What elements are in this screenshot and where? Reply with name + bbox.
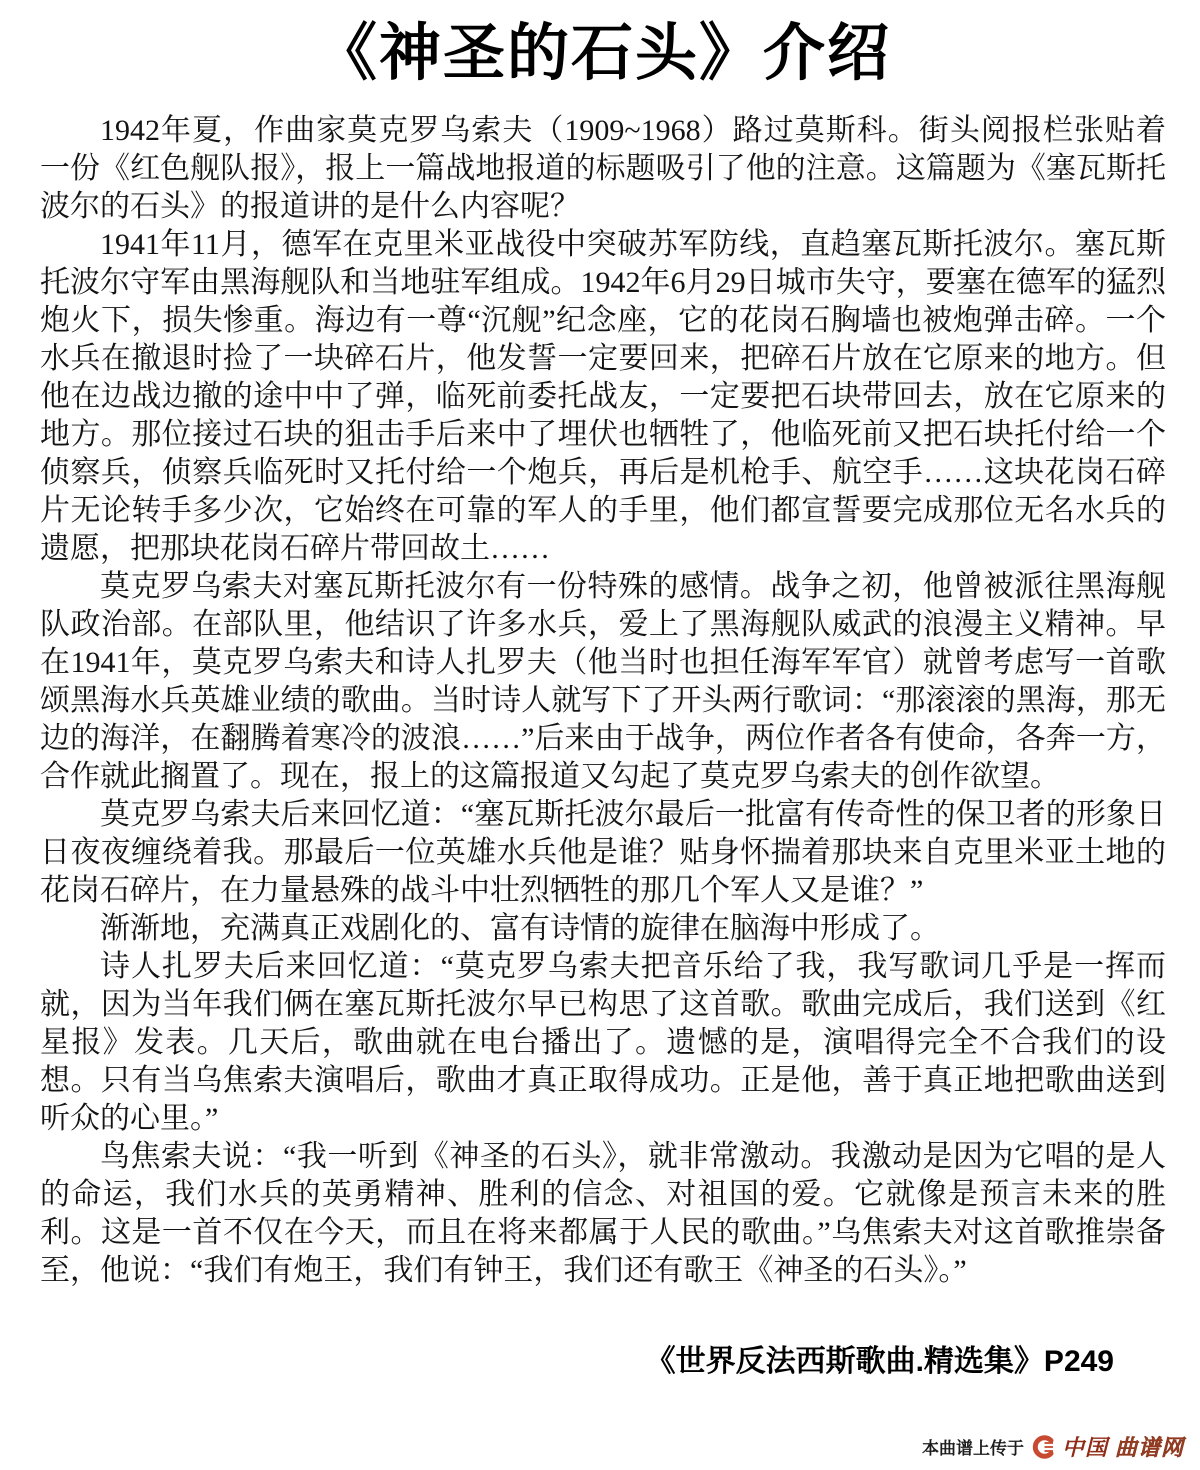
site-name-primary: 中国: [1062, 1431, 1108, 1462]
paragraph: 莫克罗乌索夫后来回忆道：“塞瓦斯托波尔最后一批富有传奇性的保卫者的形象日日夜夜缠…: [40, 796, 1166, 910]
site-name-secondary: 曲谱网: [1115, 1431, 1184, 1462]
source-citation: 《世界反法西斯歌曲.精选集》P249: [40, 1336, 1166, 1380]
page-title: 《神圣的石头》介绍: [40, 20, 1166, 88]
paragraph: 莫克罗乌索夫对塞瓦斯托波尔有一份特殊的感情。战争之初，他曾被派往黑海舰队政治部。…: [40, 568, 1166, 796]
paragraph: 诗人扎罗夫后来回忆道：“莫克罗乌索夫把音乐给了我，我写歌词几乎是一挥而就，因为当…: [40, 948, 1166, 1138]
paragraph: 1941年11月，德军在克里米亚战役中突破苏军防线，直趋塞瓦斯托波尔。塞瓦斯托波…: [40, 226, 1166, 568]
watermark: 本曲谱上传于 中国 曲谱网: [922, 1431, 1184, 1462]
article-body: 1942年夏，作曲家莫克罗乌索夫（1909~1968）路过莫斯科。街头阅报栏张贴…: [40, 112, 1166, 1290]
document-page: 《神圣的石头》介绍 1942年夏，作曲家莫克罗乌索夫（1909~1968）路过莫…: [0, 0, 1200, 1470]
paragraph: 鸟焦索夫说：“我一听到《神圣的石头》，就非常激动。我激动是因为它唱的是人的命运，…: [40, 1138, 1166, 1290]
paragraph: 1942年夏，作曲家莫克罗乌索夫（1909~1968）路过莫斯科。街头阅报栏张贴…: [40, 112, 1166, 226]
paragraph: 渐渐地，充满真正戏剧化的、富有诗情的旋律在脑海中形成了。: [40, 910, 1166, 948]
watermark-upload-note: 本曲谱上传于: [922, 1434, 1024, 1459]
music-staff-c-icon: [1031, 1435, 1055, 1459]
